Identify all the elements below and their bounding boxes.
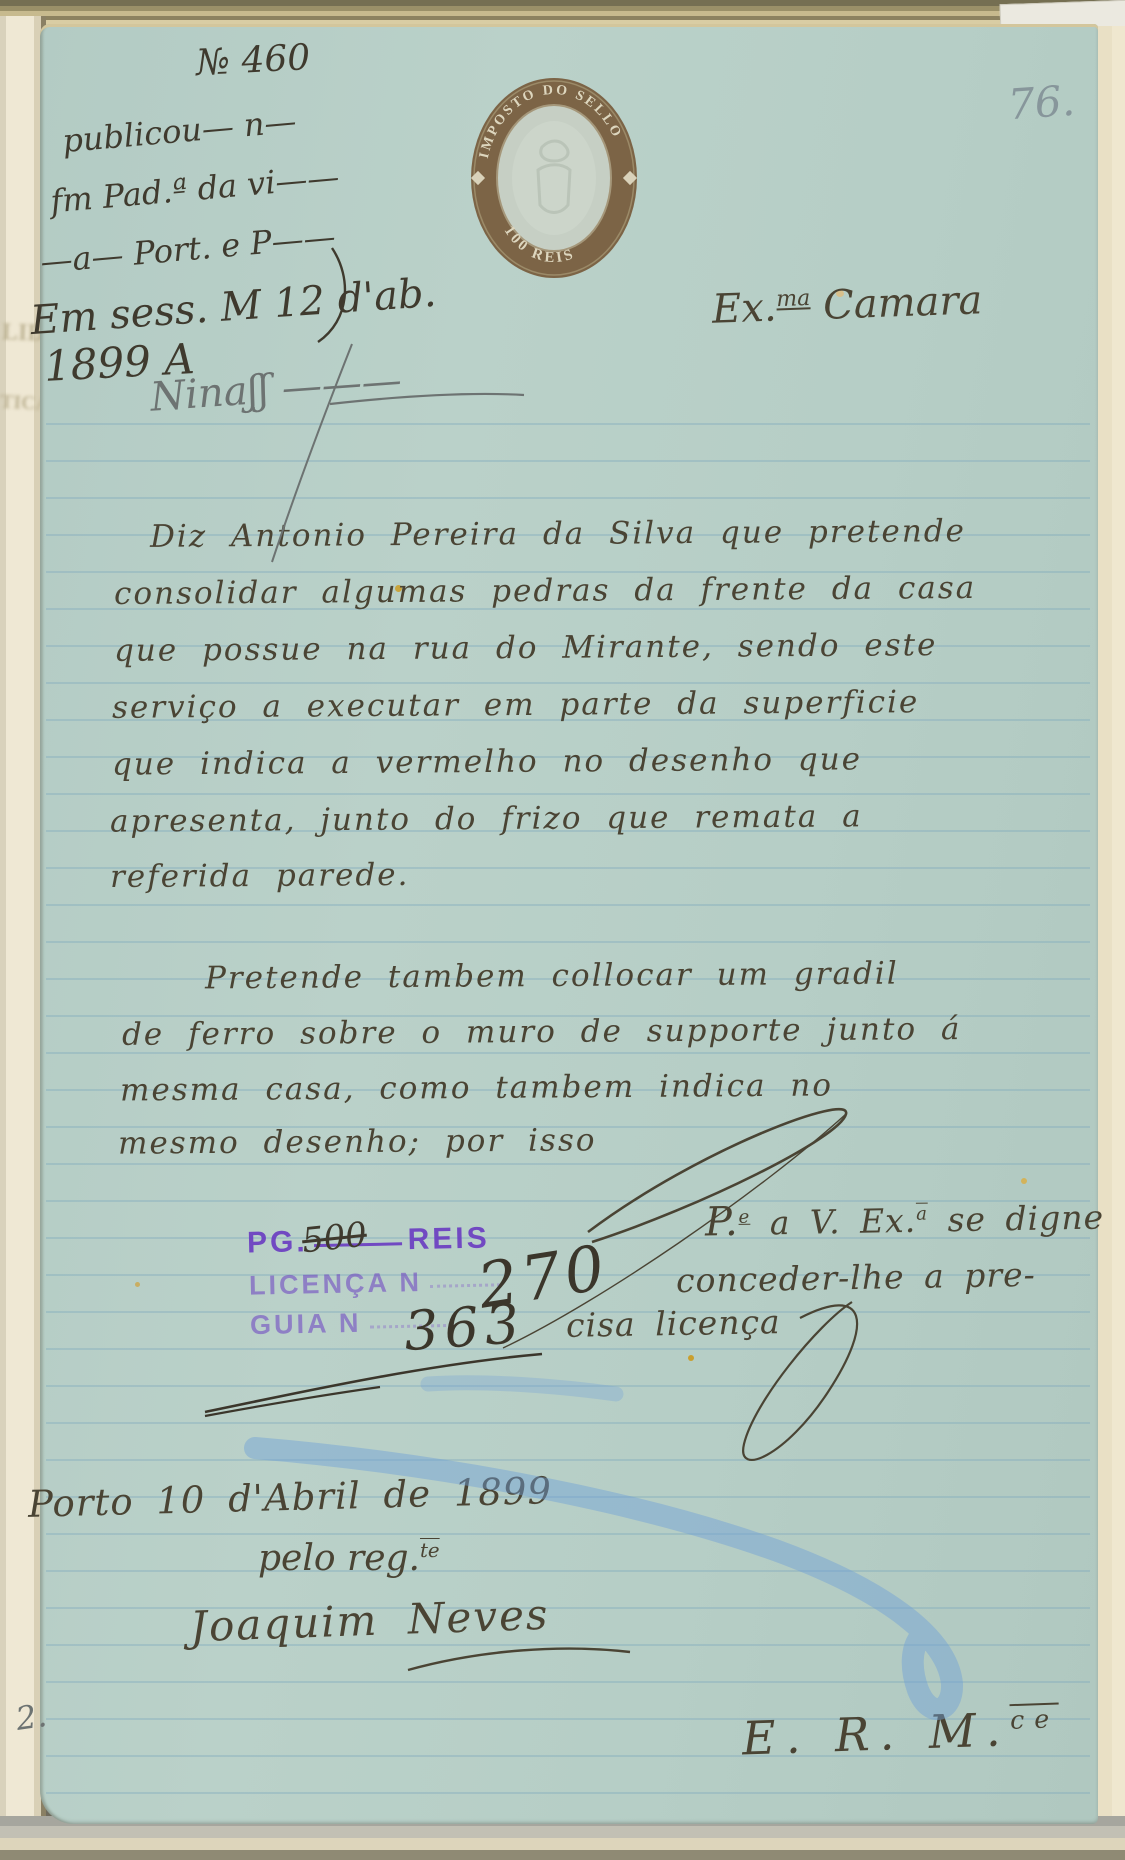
by-sup: te (420, 1539, 440, 1562)
salutation-rest: Camara (822, 277, 983, 329)
body-line: mesma casa, como tambem indica no (120, 1068, 833, 1109)
document-scan: LID TICA IMPOSTO DO SELLO 100 REIS 76. №… (0, 0, 1125, 1860)
body-line: consolidar algumas pedras da frente da c… (114, 570, 976, 612)
body-line: que possue na rua do Mirante, sendo este (114, 627, 938, 669)
request-end: se digne (928, 1198, 1105, 1240)
folio-number: 76. (1006, 76, 1076, 130)
corner-mark: 2. (14, 1696, 50, 1738)
courtesy-sup: ce (1010, 1704, 1060, 1735)
by-label: pelo reg. (258, 1538, 420, 1579)
foxing-spot (1021, 1178, 1027, 1184)
pg-label: PG. (247, 1225, 308, 1259)
salutation-abbr: Ex. (711, 284, 777, 332)
request-mid-sup: a (916, 1204, 928, 1225)
embossed-crest (512, 121, 596, 235)
salutation-sup: ma (776, 286, 811, 312)
signed-by-role: pelo reg.te (258, 1538, 440, 1579)
salutation: Ex.ma Camara (711, 277, 983, 332)
guia-label: GUIA N (250, 1308, 362, 1340)
foxing-spot (135, 1282, 140, 1287)
licenca-label: LICENÇA N (249, 1267, 423, 1301)
body-line: Pretende tambem collocar um gradil (205, 956, 899, 997)
body-line: serviço a executar em parte da superfici… (112, 684, 920, 726)
body-line: Diz Antonio Pereira da Silva que pretend… (150, 513, 966, 555)
paid-stamp-line: PG.REIS (247, 1221, 490, 1260)
request-abbr: P. (705, 1199, 739, 1246)
request-line-1: P.e a V. Ex.a se digne (705, 1193, 1105, 1246)
request-line-2: conceder-lhe a pre- (676, 1255, 1036, 1300)
process-number: № 460 (195, 37, 311, 84)
request-abbr-sup: e (738, 1207, 750, 1228)
guia-number-handwritten: 363 (402, 1292, 527, 1363)
body-line: apresenta, junto do frizo que remata a (110, 798, 863, 839)
revenue-stamp: IMPOSTO DO SELLO 100 REIS (468, 75, 640, 281)
body-line: que indica a vermelho no desenho que (112, 741, 862, 782)
pg-value-handwritten: 500 (300, 1215, 369, 1262)
request-line-3: cisa licença (566, 1302, 781, 1345)
body-line: referida parede. (110, 857, 410, 895)
courtesy-text: E. R. M. (741, 1702, 1011, 1765)
courtesy-formula: E. R. M.ce (741, 1700, 1060, 1765)
body-line: de ferro sobre o muro de supporte junto … (122, 1011, 962, 1053)
request-mid: a V. Ex. (750, 1201, 917, 1243)
body-line: mesmo desenho; por isso (118, 1122, 597, 1161)
foxing-spot (688, 1355, 694, 1361)
